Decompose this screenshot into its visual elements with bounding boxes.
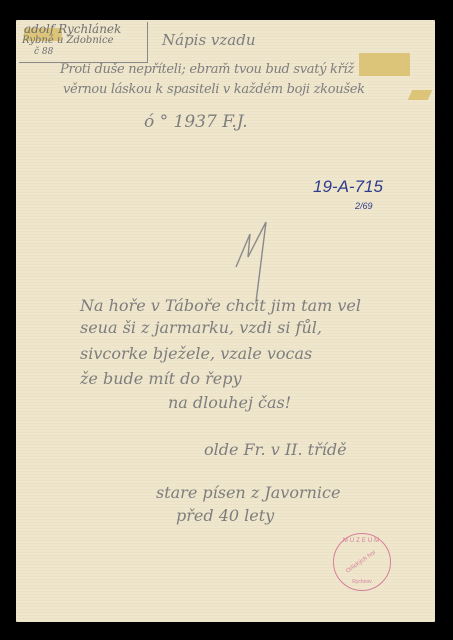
stamp-bottom-text: Rychnov xyxy=(334,579,390,585)
center-pencil-mark xyxy=(228,212,268,302)
archival-card: adolf Rychlánek Rybné u Zdobnice č 88 Ná… xyxy=(16,20,435,622)
header-box-line3: č 88 xyxy=(34,47,53,57)
header-box-line1: adolf Rychlánek xyxy=(24,22,121,36)
catalog-subnumber: 2/69 xyxy=(355,201,373,211)
verse-line2: seua ši z jarmarku, vzdi si fůl, xyxy=(80,318,322,337)
museum-stamp: MUZEUM Orlických hor Rychnov xyxy=(333,533,391,591)
attribution-line1: olde Fr. v II. třídě xyxy=(204,440,347,459)
catalog-number: 19-A-715 xyxy=(313,177,383,197)
verse-line3: sivcorke bježele, vzale vocas xyxy=(80,344,312,363)
stamp-center-text: Orlických hor xyxy=(346,549,379,575)
inscription-line2: věrnou láskou k spasiteli v každém boji … xyxy=(63,82,365,97)
header-box-line2: Rybné u Zdobnice xyxy=(22,35,114,46)
document-title: Nápis vzadu xyxy=(162,31,256,49)
verse-line5: na dlouhej čas! xyxy=(168,393,291,412)
attribution-line2: stare písen z Javornice xyxy=(156,483,340,502)
tape-strip-top-right xyxy=(359,53,410,76)
tape-strip-right xyxy=(408,90,433,100)
verse-line4: že bude mít do řepy xyxy=(80,369,242,388)
stamp-top-text: MUZEUM xyxy=(334,538,390,544)
verse-line1: Na hoře v Táboře chcit jim tam vel xyxy=(80,296,361,315)
attribution-line3: před 40 lety xyxy=(176,506,274,525)
inscription-line1: Proti duše nepříteli; ebram̆ tvou bud sv… xyxy=(60,62,354,77)
inscription-date: ó ° 1937 F.J. xyxy=(144,112,248,132)
